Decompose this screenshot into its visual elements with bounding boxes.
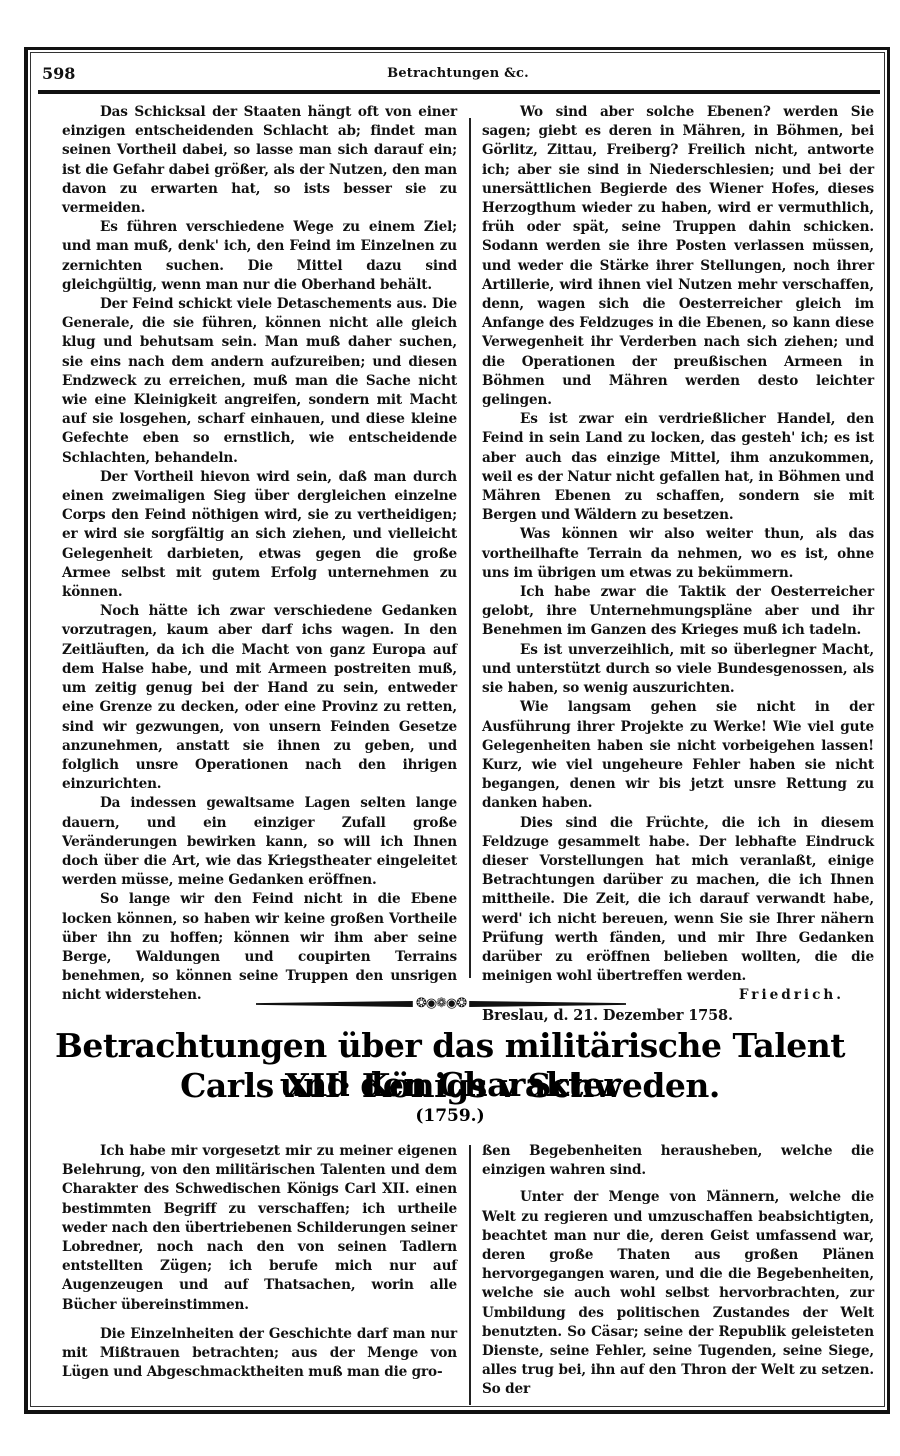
paragraph: Es führen verschiedene Wege zu einem Zie… (62, 218, 457, 295)
section-ornament: ❂◉❁◉❂ (256, 997, 626, 1011)
paragraph: Ich habe zwar die Taktik der Oesterreich… (482, 583, 874, 641)
paragraph: Es ist unverzeihlich, mit so überlegner … (482, 641, 874, 699)
section-heading-year: (1759.) (30, 1106, 870, 1126)
paragraph: Was können wir also weiter thun, als das… (482, 525, 874, 583)
running-title: Betrachtungen &c. (38, 66, 878, 81)
paragraph: Wo sind aber solche Ebenen? werden Sie s… (482, 103, 874, 410)
paragraph: Die Einzelnheiten der Geschichte darf ma… (62, 1325, 457, 1383)
paragraph: Es ist zwar ein verdrießlicher Handel, d… (482, 410, 874, 525)
paragraph: Der Feind schickt viele Detaschements au… (62, 295, 457, 468)
ornament-rule-left (256, 1001, 413, 1007)
paragraph: Noch hätte ich zwar verschiedene Gedanke… (62, 602, 457, 794)
ornament-rule-right (469, 1001, 626, 1007)
bottom-left-column: Ich habe mir vorgesetzt mir zu meiner ei… (62, 1142, 457, 1382)
paragraph: ßen Begebenheiten herausheben, welche di… (482, 1142, 874, 1180)
column-divider (469, 1145, 471, 1405)
paragraph: So lange wir den Feind nicht in die Eben… (62, 890, 457, 1005)
ornament-knot-icon: ❂◉❁◉❂ (413, 997, 469, 1011)
header-rule (38, 90, 880, 94)
paragraph: Das Schicksal der Staaten hängt oft von … (62, 103, 457, 218)
paragraph: Da indessen gewaltsame Lagen selten lang… (62, 794, 457, 890)
paragraph: Unter der Menge von Männern, welche die … (482, 1188, 874, 1399)
paragraph: Wie langsam gehen sie nicht in der Ausfü… (482, 698, 874, 813)
section-heading-line-2: Carls XII· Königs v Schweden. (30, 1066, 870, 1105)
bottom-right-column: ßen Begebenheiten herausheben, welche di… (482, 1142, 874, 1400)
paragraph: Dies sind die Früchte, die ich in diesem… (482, 814, 874, 987)
running-header: 598 Betrachtungen &c. (38, 58, 878, 88)
top-left-column: Das Schicksal der Staaten hängt oft von … (62, 103, 457, 1006)
column-divider (469, 118, 471, 978)
top-right-column: Wo sind aber solche Ebenen? werden Sie s… (482, 103, 874, 1025)
paragraph: Ich habe mir vorgesetzt mir zu meiner ei… (62, 1142, 457, 1315)
paragraph: Der Vortheil hievon wird sein, daß man d… (62, 468, 457, 602)
